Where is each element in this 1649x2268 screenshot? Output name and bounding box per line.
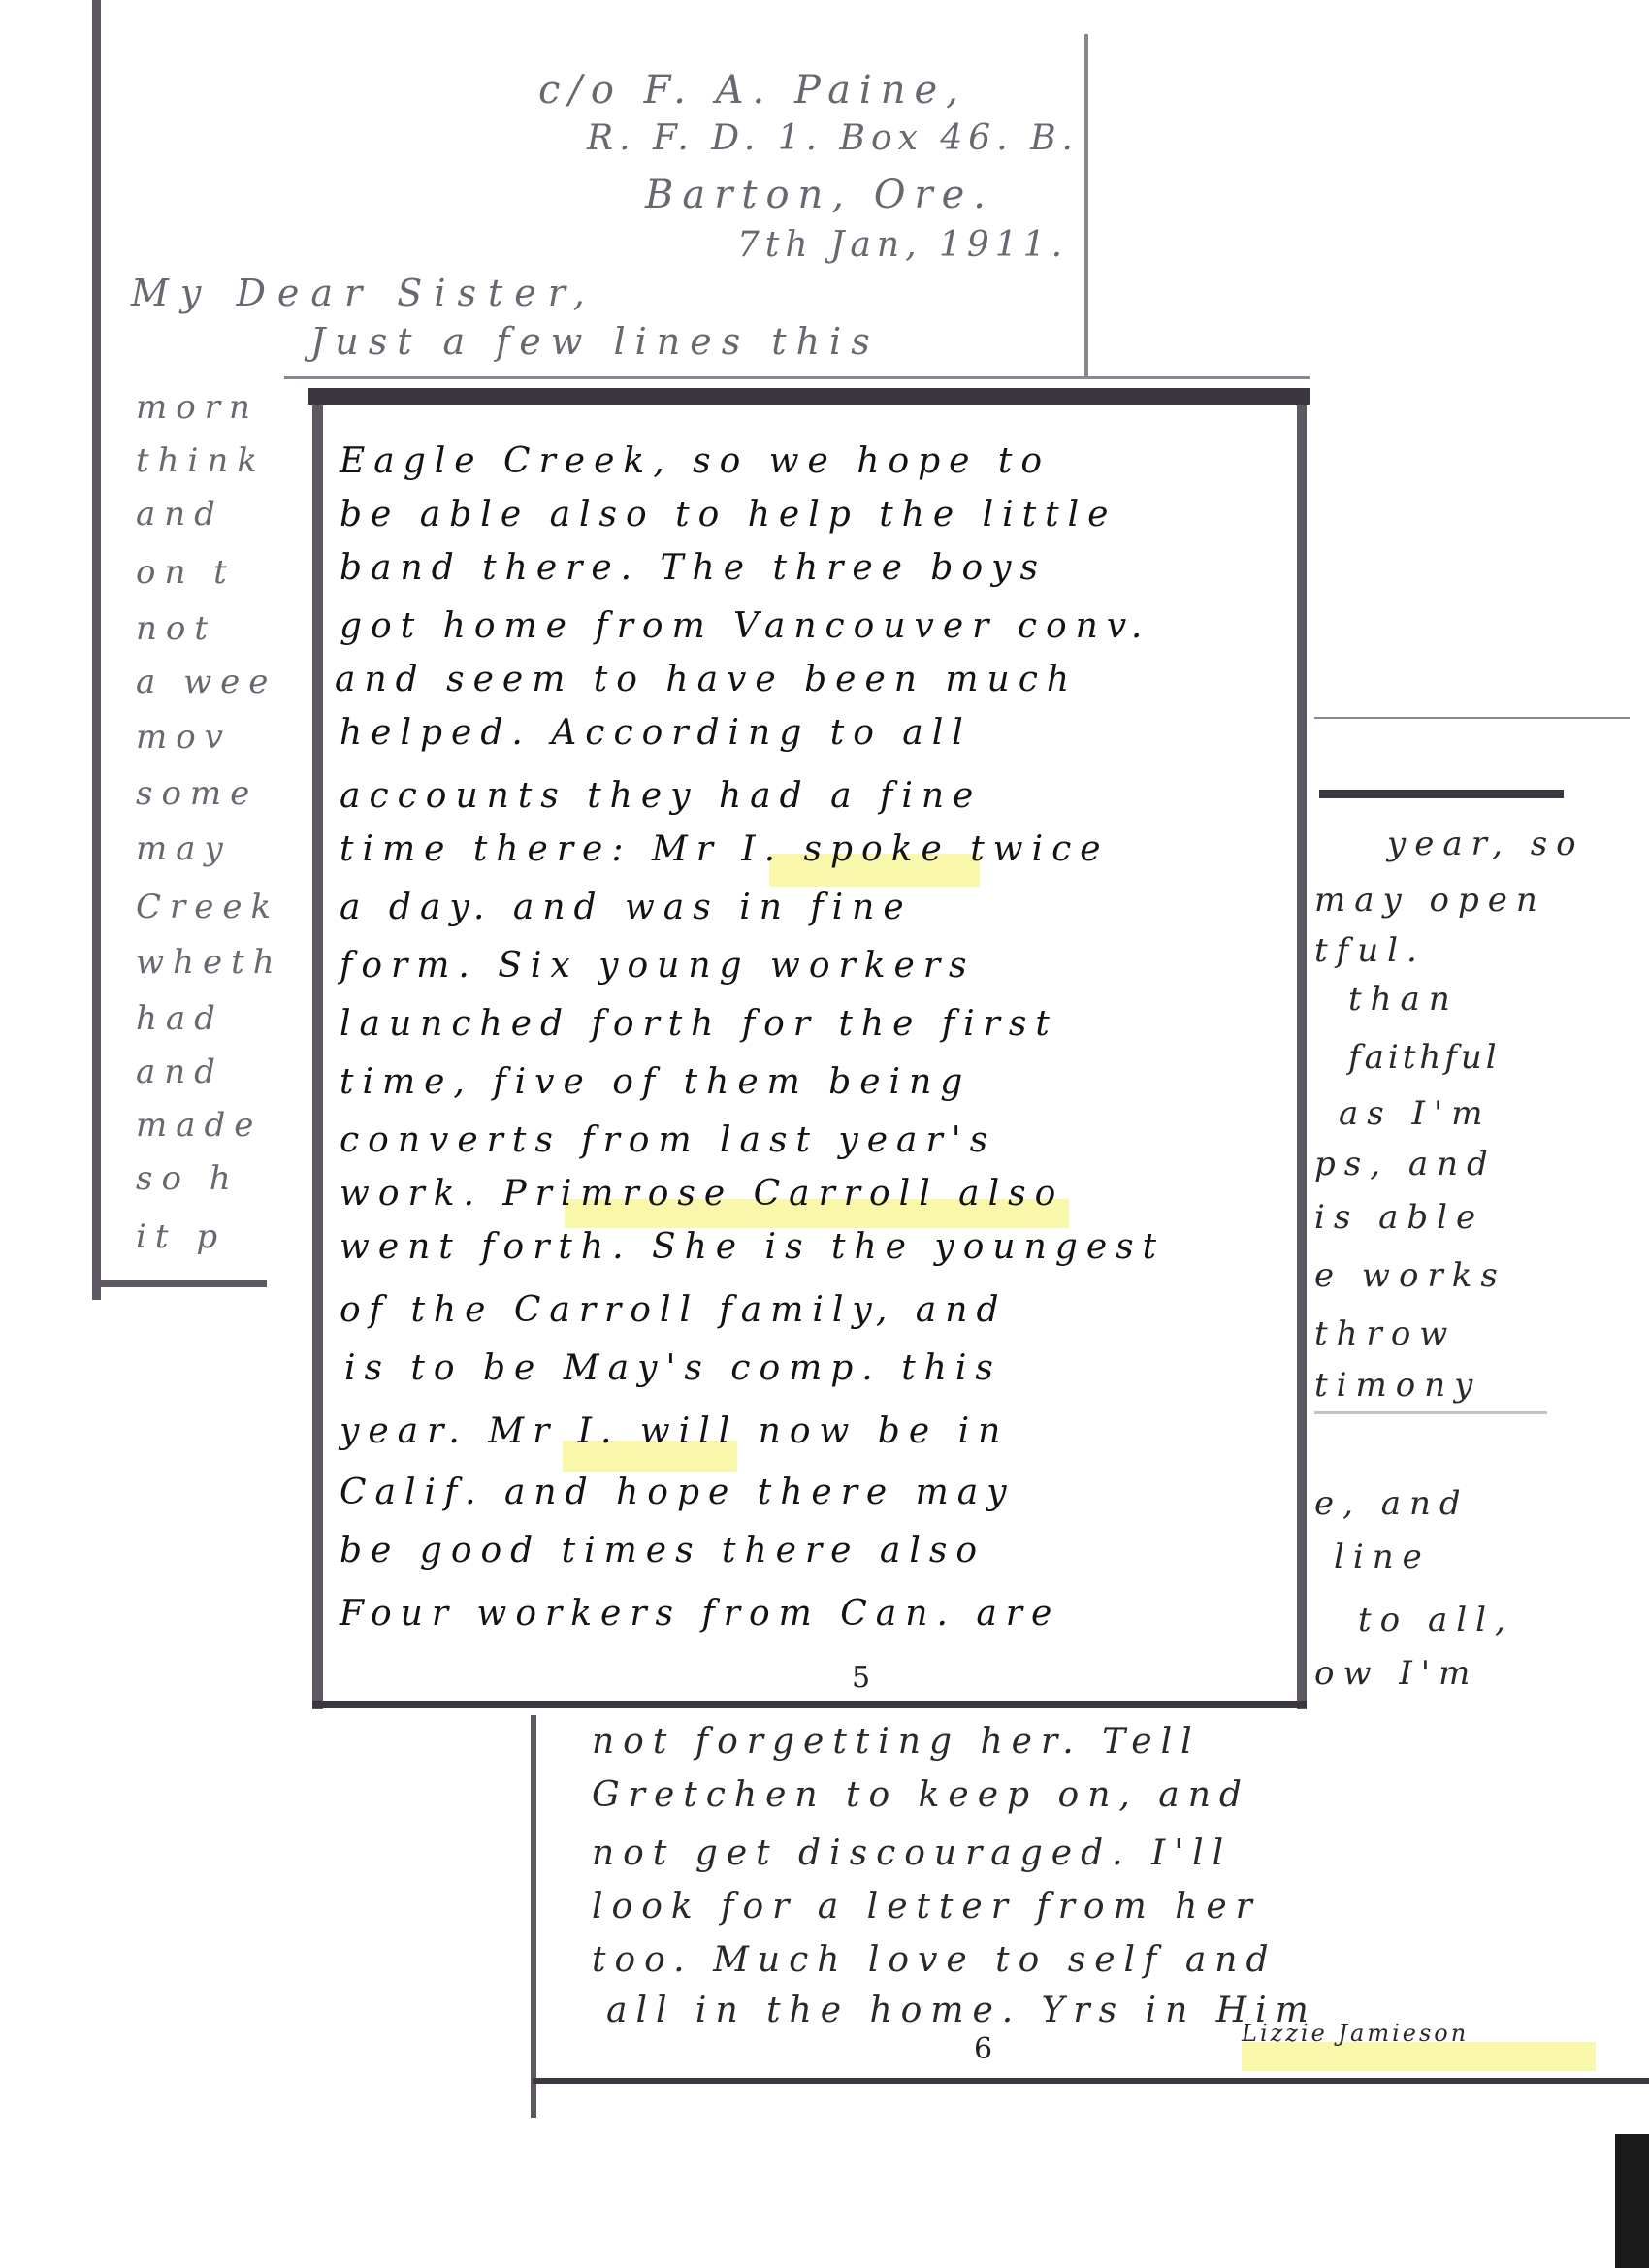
text-line: form. Six young workers <box>339 946 976 986</box>
text-line: converts from last year's <box>339 1120 996 1160</box>
text-line: is to be May's comp. this <box>344 1348 1002 1388</box>
closing-line: all in the home. Yrs in Him <box>606 1991 1317 2030</box>
page1-left-border <box>92 0 101 1300</box>
page6-bottom-border <box>533 2078 1649 2084</box>
text-line: band there. The three boys <box>339 548 1047 588</box>
fragment: mov <box>136 718 232 757</box>
fragment: Creek <box>136 888 279 926</box>
text-line: time there: Mr I. spoke twice <box>339 829 1110 869</box>
text-line: got home from Vancouver conv. <box>339 606 1150 646</box>
fragment: than <box>1348 980 1459 1019</box>
signature: Lizzie Jamieson <box>1242 2020 1469 2047</box>
fragment: and <box>136 1053 224 1091</box>
fragment: year, so <box>1387 825 1585 863</box>
fragment: it p <box>136 1217 226 1256</box>
page-number-5: 5 <box>852 1661 870 1695</box>
address-line-1: c/o F. A. Paine, <box>538 68 967 113</box>
text-line: helped. According to all <box>339 713 972 753</box>
page5-top-border <box>308 388 1309 405</box>
text-line: not forgetting her. Tell <box>592 1722 1201 1762</box>
fragment: to all, <box>1358 1601 1514 1639</box>
fragment: ps, and <box>1314 1145 1497 1183</box>
page-number-6: 6 <box>974 2032 992 2066</box>
opening-line: Just a few lines this <box>310 320 880 363</box>
fragment: throw <box>1314 1314 1456 1353</box>
text-line: Gretchen to keep on, and <box>592 1775 1250 1815</box>
page5-left-border <box>312 405 323 1709</box>
fragment: tful. <box>1314 931 1426 970</box>
page5-top-edge <box>284 376 1309 379</box>
fragment: had <box>136 999 224 1038</box>
text-line: year. Mr I. will now be in <box>339 1411 1009 1451</box>
text-line: not get discouraged. I'll <box>592 1833 1232 1873</box>
text-line: Eagle Creek, so we hope to <box>339 441 1051 481</box>
scanner-edge-bar <box>1615 2134 1649 2268</box>
salutation: My Dear Sister, <box>131 272 597 314</box>
fragment: a wee <box>136 663 276 701</box>
fragment: may <box>136 829 232 868</box>
page6-top-border <box>1319 790 1564 798</box>
fragment: so h <box>136 1159 240 1198</box>
text-line: Calif. and hope there may <box>339 1473 1016 1512</box>
strikethrough-underline <box>1314 1411 1547 1414</box>
text-line: accounts they had a fine <box>339 776 982 816</box>
fragment: wheth <box>136 943 283 982</box>
text-line: and seem to have been much <box>335 660 1078 699</box>
text-line: too. Much love to self and <box>592 1940 1277 1980</box>
fragment: line <box>1334 1538 1431 1576</box>
text-line: be able also to help the little <box>339 495 1116 535</box>
page6-top-edge <box>1314 717 1630 719</box>
date-line: 7th Jan, 1911. <box>737 225 1068 265</box>
text-line: look for a letter from her <box>592 1887 1261 1927</box>
text-line: launched forth for the first <box>339 1004 1058 1044</box>
fragment: not <box>136 609 216 648</box>
fragment: is able <box>1314 1198 1484 1237</box>
fragment: and <box>136 495 224 534</box>
text-line: a day. and was in fine <box>339 888 913 927</box>
text-line: time, five of them being <box>339 1062 971 1102</box>
fragment: timony <box>1314 1366 1481 1405</box>
text-line: Four workers from Can. are <box>339 1594 1060 1634</box>
page5-bottom-border <box>312 1701 1307 1708</box>
fragment: may open <box>1314 881 1546 920</box>
fragment: some <box>136 774 258 813</box>
text-line: of the Carroll family, and <box>339 1290 1008 1330</box>
text-line: went forth. She is the youngest <box>339 1227 1165 1267</box>
text-line: work. Primrose Carroll also <box>339 1174 1064 1214</box>
fragment: e works <box>1314 1256 1506 1295</box>
address-line-2: R. F. D. 1. Box 46. B. <box>587 118 1079 158</box>
address-line-3: Barton, Ore. <box>645 173 994 217</box>
fragment: made <box>136 1106 262 1145</box>
fragment: on t <box>136 553 236 592</box>
fragment: morn <box>136 388 259 427</box>
fragment: e, and <box>1314 1484 1470 1523</box>
fragment: faithful <box>1348 1038 1501 1077</box>
fragment: ow I'm <box>1314 1654 1478 1693</box>
page1-right-edge <box>1084 34 1088 378</box>
fragment: think <box>136 441 266 480</box>
page5-right-border <box>1297 405 1307 1709</box>
page6-left-border <box>531 1715 536 2118</box>
page1-bottom-border <box>92 1280 267 1287</box>
text-line: be good times there also <box>339 1531 986 1571</box>
fragment: as I'm <box>1339 1094 1492 1133</box>
